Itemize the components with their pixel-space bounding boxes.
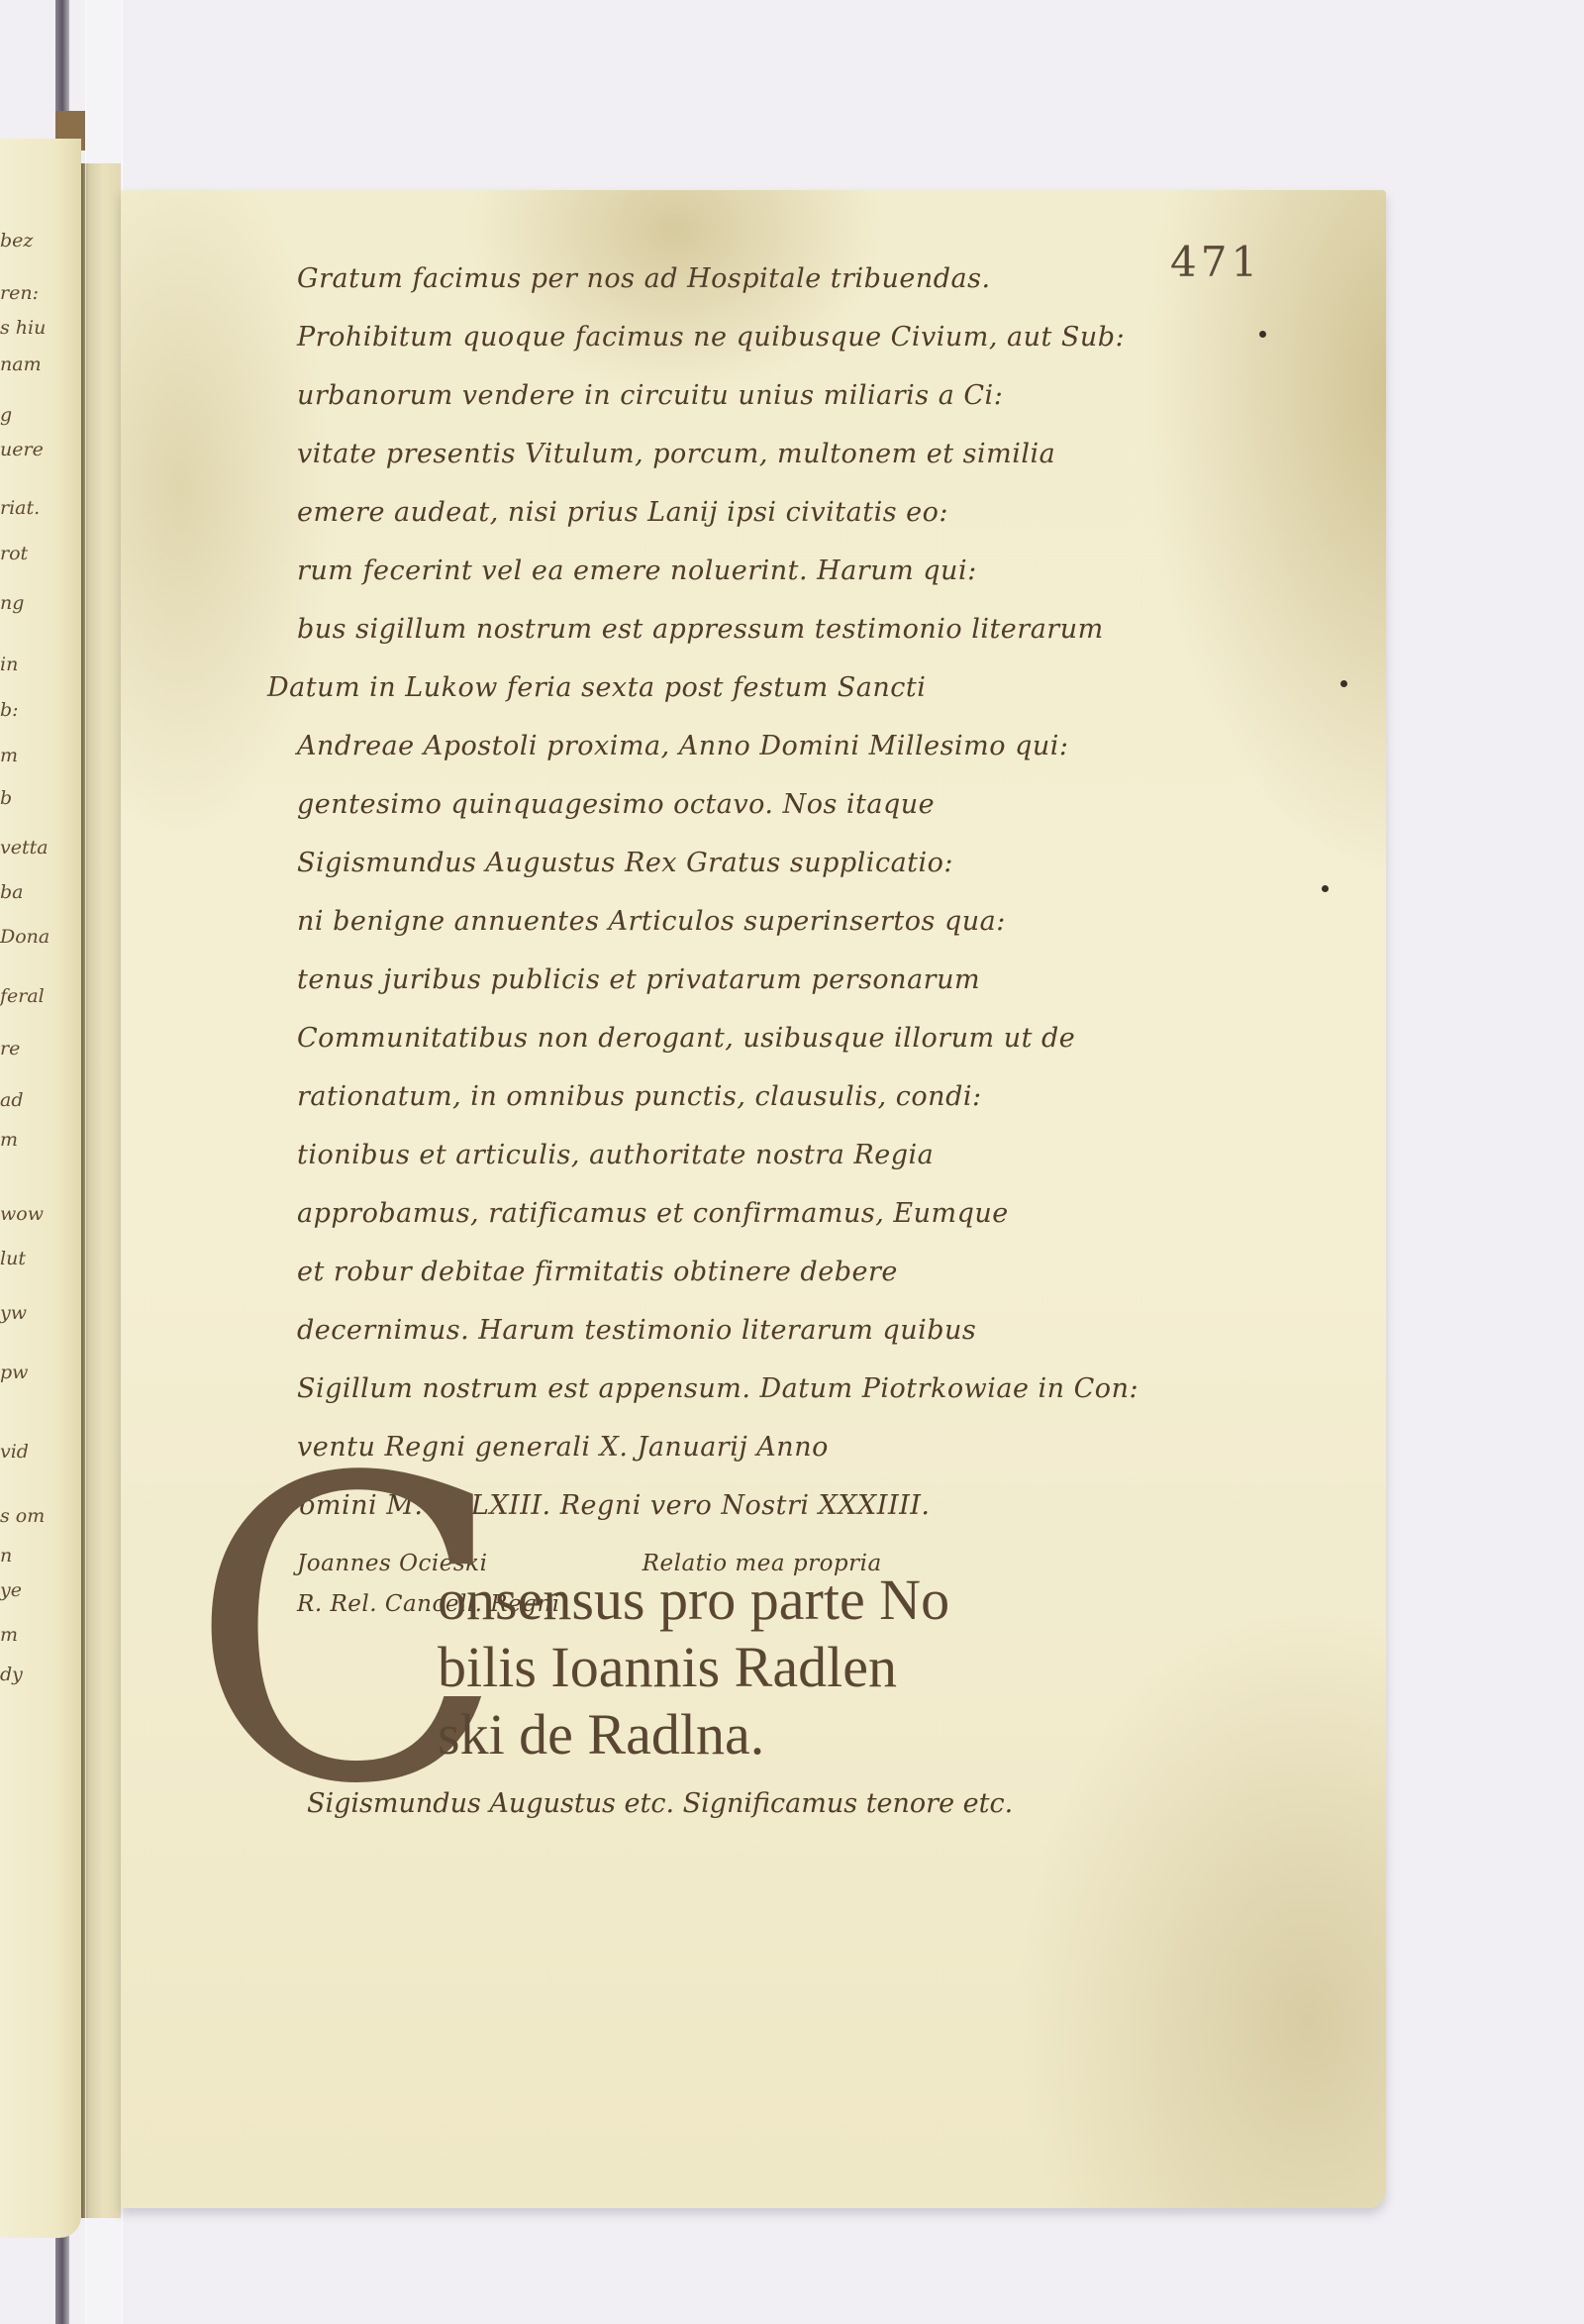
text-line: decernimus. Harum testimonio literarum q… xyxy=(297,1301,1287,1360)
manuscript-folio: 471 Gratum facimus per nos ad Hospitale … xyxy=(121,190,1386,2208)
left-page-fragment: ad xyxy=(0,1089,24,1111)
heading-line: onsensus pro parte No xyxy=(438,1566,1230,1634)
left-page-fragment: re xyxy=(0,1038,20,1060)
left-page-fragment: m xyxy=(0,745,18,766)
text-line: vitate presentis Vitulum, porcum, multon… xyxy=(297,425,1287,483)
left-page-fragment: Dona xyxy=(0,926,49,948)
text-line: ni benigne annuentes Articulos superinse… xyxy=(297,892,1287,951)
left-page-fragment: vetta xyxy=(0,837,49,859)
left-page-fragment: b xyxy=(0,787,12,809)
ink-speck xyxy=(1322,885,1329,892)
text-line: et robur debitae firmitatis obtinere deb… xyxy=(297,1243,1287,1301)
left-page: bez ren: s hiu nam g uere riat. rot ng i… xyxy=(0,139,81,2238)
text-line: Prohibitum quoque facimus ne quibusque C… xyxy=(297,308,1287,366)
text-line: emere audeat, nisi prius Lanij ipsi civi… xyxy=(297,483,1287,542)
heading-line: ski de Radlna. xyxy=(438,1701,1230,1768)
left-page-fragment: ng xyxy=(0,592,24,614)
left-page-fragment: nam xyxy=(0,354,42,375)
text-line: Andreae Apostoli proxima, Anno Domini Mi… xyxy=(297,717,1287,775)
left-page-fragment: riat. xyxy=(0,497,40,519)
left-page-fragment: yw xyxy=(0,1302,27,1324)
incipit-line: Sigismundus Augustus etc. Significamus t… xyxy=(307,1765,1297,1844)
text-line: approbamus, ratificamus et confirmamus, … xyxy=(297,1184,1287,1243)
text-line: Sigismundus Augustus Rex Gratus supplica… xyxy=(297,834,1287,892)
text-line: tionibus et articulis, authoritate nostr… xyxy=(297,1126,1287,1184)
left-page-fragment: in xyxy=(0,654,18,675)
left-page-fragment: m xyxy=(0,1624,18,1646)
left-page-fragment: rot xyxy=(0,543,28,564)
left-page-fragment: wow xyxy=(0,1203,44,1225)
left-page-fragment: s hiu xyxy=(0,317,46,339)
left-page-fragment: g xyxy=(0,404,12,426)
left-page-fragment: ba xyxy=(0,881,24,903)
left-page-fragment: feral xyxy=(0,985,45,1007)
text-line: Gratum facimus per nos ad Hospitale trib… xyxy=(297,250,1287,308)
text-line: rationatum, in omnibus punctis, clausuli… xyxy=(297,1067,1287,1126)
left-page-fragment: n xyxy=(0,1545,12,1566)
text-line: Datum in Lukow feria sexta post festum S… xyxy=(267,658,1287,717)
text-line: gentesimo quinquagesimo octavo. Nos itaq… xyxy=(297,775,1287,834)
left-page-fragment: s om xyxy=(0,1505,45,1527)
text-line: rum fecerint vel ea emere noluerint. Har… xyxy=(297,542,1287,600)
left-page-fragment: m xyxy=(0,1129,18,1151)
heading-line: bilis Ioannis Radlen xyxy=(438,1634,1230,1701)
left-page-fragment: pw xyxy=(0,1362,28,1383)
left-page-fragment: lut xyxy=(0,1248,26,1269)
ink-speck xyxy=(1340,680,1347,687)
left-page-fragment: vid xyxy=(0,1441,29,1463)
left-page-fragment: dy xyxy=(0,1664,23,1685)
left-page-fragment: b: xyxy=(0,699,19,721)
text-line: bus sigillum nostrum est appressum testi… xyxy=(297,600,1287,658)
text-line: tenus juribus publicis et privatarum per… xyxy=(297,951,1287,1009)
text-line: Communitatibus non derogant, usibusque i… xyxy=(297,1009,1287,1067)
section-heading: onsensus pro parte No bilis Ioannis Radl… xyxy=(438,1566,1230,1768)
left-page-fragment: bez xyxy=(0,230,33,252)
text-line: urbanorum vendere in circuitu unius mili… xyxy=(297,366,1287,425)
left-page-fragment: ren: xyxy=(0,282,39,304)
left-page-fragment: uere xyxy=(0,439,44,460)
glass-plate-edge xyxy=(85,0,123,2324)
left-page-fragment: ye xyxy=(0,1579,22,1601)
